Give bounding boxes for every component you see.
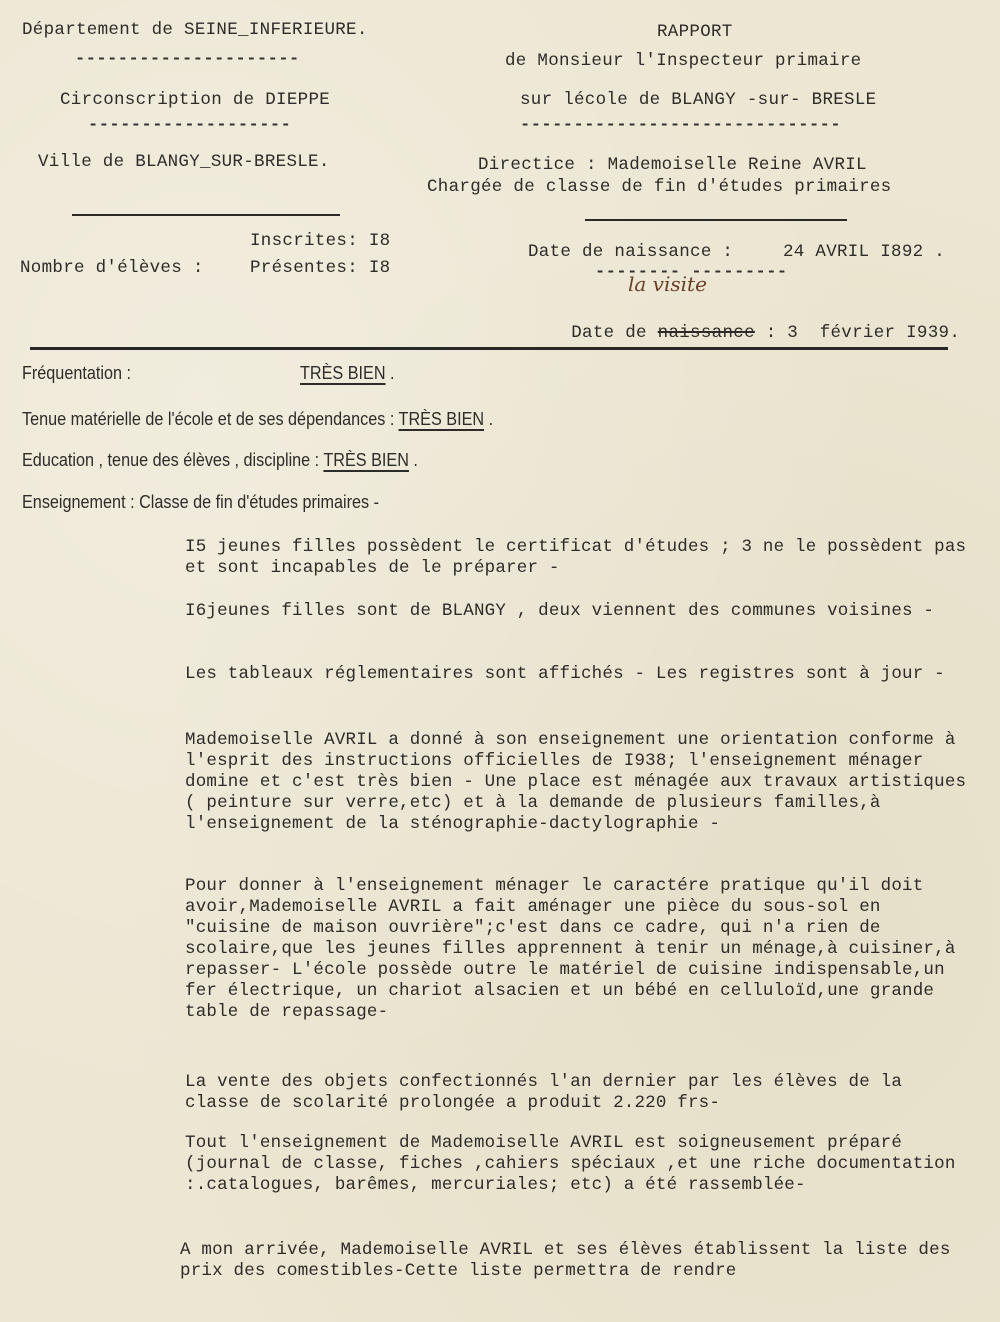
rating-suffix: . (409, 450, 418, 470)
circonscription-line: Circonscription de DIEPPE (60, 90, 330, 111)
rating-value: TRÈS BIEN (323, 450, 409, 470)
paragraph-text: Les tableaux réglementaires sont affiché… (185, 664, 975, 685)
naissance-value: 24 AVRIL I892 . (783, 242, 945, 263)
inscrites-count: Inscrites: I8 (250, 231, 390, 252)
frequentation-label: Fréquentation : (22, 363, 131, 384)
paragraph-text: A mon arrivée, Mademoiselle AVRIL et ses… (180, 1240, 970, 1282)
separator-rule (72, 214, 340, 216)
separator-dashes: ------------------------------ (520, 116, 841, 135)
separator-rule (585, 219, 847, 221)
paragraph: Mademoiselle AVRIL a donné à son enseign… (185, 730, 975, 835)
paragraph: Les tableaux réglementaires sont affiché… (185, 664, 975, 685)
rating-suffix: . (484, 409, 493, 429)
paragraph-text: I5 jeunes filles possèdent le certificat… (185, 537, 975, 579)
paragraph: A mon arrivée, Mademoiselle AVRIL et ses… (180, 1240, 970, 1282)
paragraph: La vente des objets confectionnés l'an d… (185, 1072, 975, 1114)
paragraph-text: Tout l'enseignement de Mademoiselle AVRI… (185, 1133, 975, 1196)
paragraph: Pour donner à l'enseignement ménager le … (185, 876, 975, 1023)
rating-suffix: . (386, 363, 395, 383)
tenue-materielle-label: Tenue matérielle de l'école et de ses dé… (22, 409, 399, 429)
visite-label-prefix: Date de (571, 323, 647, 343)
paragraph: Tout l'enseignement de Mademoiselle AVRI… (185, 1133, 975, 1196)
rating-value: TRÈS BIEN (399, 409, 485, 429)
paragraph: I6jeunes filles sont de BLANGY , deux vi… (185, 601, 975, 622)
naissance-label: Date de naissance : (528, 242, 733, 263)
separator-dashes: --------------------- (75, 50, 300, 69)
paragraph-text: I6jeunes filles sont de BLANGY , deux vi… (185, 601, 975, 622)
document-page: Département de SEINE_INFERIEURE. -------… (0, 0, 1000, 1322)
report-title: RAPPORT (657, 22, 733, 43)
education-label: Education , tenue des élèves , disciplin… (22, 450, 323, 470)
rating-value: TRÈS BIEN (300, 363, 386, 383)
chargee-line: Chargée de classe de fin d'études primai… (427, 177, 891, 198)
paragraph-text: Pour donner à l'enseignement ménager le … (185, 876, 975, 1023)
tenue-materielle-line: Tenue matérielle de l'école et de ses dé… (22, 409, 493, 430)
separator-dashes: ------------------- (88, 116, 291, 135)
paragraph-text: La vente des objets confectionnés l'an d… (185, 1072, 975, 1114)
ville-line: Ville de BLANGY_SUR-BRESLE. (38, 152, 330, 173)
frequentation-rating: TRÈS BIEN . (300, 363, 395, 384)
struck-word: naissance (658, 323, 755, 343)
departement-line: Département de SEINE_INFERIEURE. (22, 20, 368, 41)
visite-label: Date de naissance : 3 février I939. (528, 302, 960, 365)
paragraph-text: Mademoiselle AVRIL a donné à son enseign… (185, 730, 975, 835)
enseignement-label: Enseignement : Classe de fin d'études pr… (22, 492, 379, 513)
presentes-count: Présentes: I8 (250, 258, 390, 279)
section-divider (30, 347, 948, 350)
directrice-line: Directice : Mademoiselle Reine AVRIL (478, 155, 867, 176)
report-subtitle: de Monsieur l'Inspecteur primaire (505, 51, 861, 72)
paragraph: I5 jeunes filles possèdent le certificat… (185, 537, 975, 579)
school-line: sur lécole de BLANGY -sur- BRESLE (520, 90, 876, 111)
handwritten-correction: la visite (628, 272, 707, 296)
education-line: Education , tenue des élèves , disciplin… (22, 450, 418, 471)
nombre-eleves-label: Nombre d'élèves : (20, 258, 204, 279)
visite-date: : 3 février I939. (766, 323, 960, 343)
